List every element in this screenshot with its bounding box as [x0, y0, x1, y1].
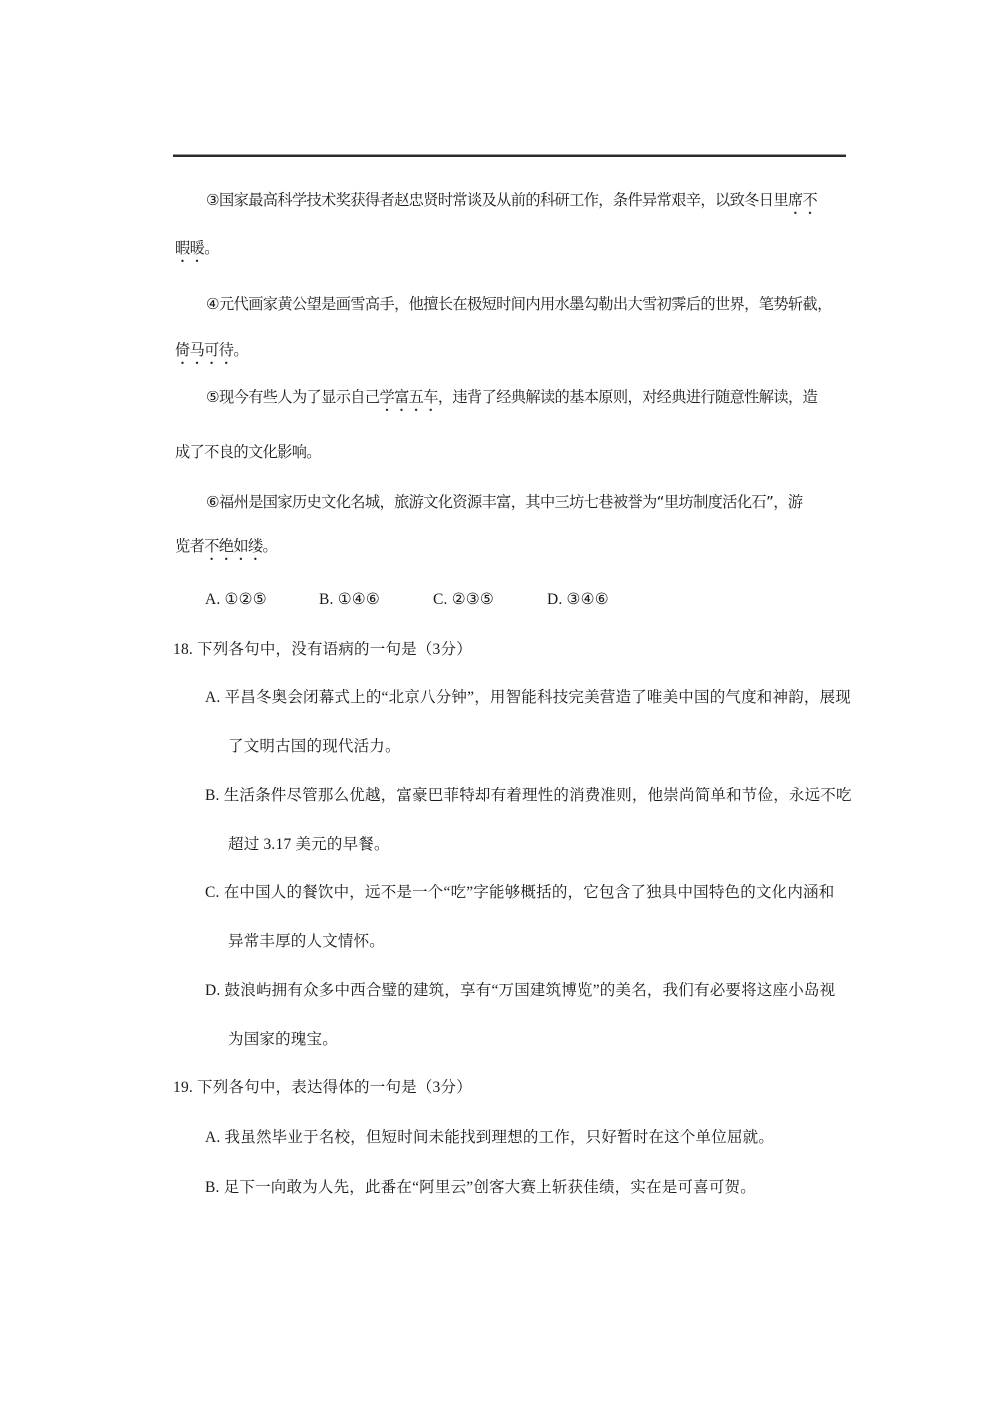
choice-value: ③④⑥	[567, 590, 609, 610]
q19-option-a: A. 我虽然毕业于名校，但短时间未能找到理想的工作，只好暂时在这个单位屈就。	[205, 1128, 774, 1148]
q17-choice-d: D. ③④⑥	[547, 590, 609, 610]
item-6-punct: 。	[263, 537, 278, 555]
item-4-line-1: ④元代画家黄公望是画雪高手，他擅长在极短时间内用水墨勾勒出大雪初霁后的世界，笔势…	[206, 294, 832, 314]
item-3-emphasized-idiom-part-2: 暇暖	[175, 239, 204, 257]
item-5-text-before: ⑤现今有些人为了显示自己	[206, 388, 379, 406]
item-6-text-before: 览者	[175, 537, 204, 555]
choice-label: B.	[319, 590, 334, 610]
item-5-line-2: 成了不良的文化影响。	[175, 442, 321, 462]
q18-option-c-line-2: 异常丰厚的人文情怀。	[228, 932, 385, 952]
item-3-line-2: 暇暖。	[175, 238, 219, 266]
q18-option-c-line-1: C. 在中国人的餐饮中，远不是一个“吃”字能够概括的，它包含了独具中国特色的文化…	[205, 883, 834, 903]
item-6-line-1: ⑥福州是国家历史文化名城，旅游文化资源丰富，其中三坊七巷被誉为“里坊制度活化石”…	[206, 492, 802, 512]
q18-option-d-line-1: D. 鼓浪屿拥有众多中西合璧的建筑，享有“万国建筑博览”的美名，我们有必要将这座…	[205, 981, 835, 1001]
choice-value: ①④⑥	[338, 590, 380, 610]
item-3-line-1: ③国家最高科学技术奖获得者赵忠贤时常谈及从前的科研工作，条件异常艰辛，以致冬日里…	[206, 190, 817, 218]
item-3-emphasized-idiom-part-1: 席不	[788, 191, 817, 209]
item-6-line-2: 览者不绝如缕。	[175, 536, 277, 564]
q17-choices: A. ①②⑤B. ①④⑥C. ②③⑤D. ③④⑥	[205, 590, 609, 610]
item-6-text: ⑥福州是国家历史文化名城，旅游文化资源丰富，其中三坊七巷被誉为“里坊制度活化石”…	[206, 493, 802, 511]
q17-choice-a: A. ①②⑤	[205, 590, 319, 610]
q19-option-b: B. 足下一向敢为人先，此番在“阿里云”创客大赛上斩获佳绩，实在是可喜可贺。	[205, 1178, 756, 1198]
choice-label: C.	[433, 590, 448, 610]
q18-option-a-line-2: 了文明古国的现代活力。	[228, 737, 401, 757]
q17-choice-c: C. ②③⑤	[433, 590, 547, 610]
header-rule	[173, 154, 846, 157]
item-4-punct: 。	[233, 341, 248, 359]
item-6-emphasized-idiom: 不绝如缕	[204, 537, 262, 555]
q18-option-b-line-1: B. 生活条件尽管那么优越，富豪巴菲特却有着理性的消费准则，他崇尚简单和节俭，永…	[205, 786, 852, 806]
q19-stem: 19. 下列各句中，表达得体的一句是（3分）	[173, 1078, 472, 1098]
item-3-text: ③国家最高科学技术奖获得者赵忠贤时常谈及从前的科研工作，条件异常艰辛，以致冬日里	[206, 191, 788, 209]
item-4-line-2: 倚马可待。	[175, 340, 248, 368]
item-4-text: ④元代画家黄公望是画雪高手，他擅长在极短时间内用水墨勾勒出大雪初霁后的世界，笔势…	[206, 295, 832, 313]
choice-value: ①②⑤	[225, 590, 267, 610]
q18-option-d-line-2: 为国家的瑰宝。	[228, 1030, 338, 1050]
item-5-text-after: ，违背了经典解读的基本原则，对经典进行随意性解读，造	[438, 388, 817, 406]
item-5-emphasized-idiom: 学富五车	[379, 388, 437, 406]
choice-label: A.	[205, 590, 220, 610]
q18-option-b-line-2: 超过 3.17 美元的早餐。	[228, 835, 390, 855]
item-3-punct: 。	[204, 239, 219, 257]
choice-value: ②③⑤	[452, 590, 494, 610]
item-4-emphasized-idiom: 倚马可待	[175, 341, 233, 359]
choice-label: D.	[547, 590, 562, 610]
q18-stem: 18. 下列各句中，没有语病的一句是（3分）	[173, 640, 472, 660]
item-5-line-1: ⑤现今有些人为了显示自己学富五车，违背了经典解读的基本原则，对经典进行随意性解读…	[206, 387, 817, 415]
q18-option-a-line-1: A. 平昌冬奥会闭幕式上的“北京八分钟”，用智能科技完美营造了唯美中国的气度和神…	[205, 688, 851, 708]
q17-choice-b: B. ①④⑥	[319, 590, 433, 610]
item-5-text-line-2: 成了不良的文化影响。	[175, 443, 321, 461]
